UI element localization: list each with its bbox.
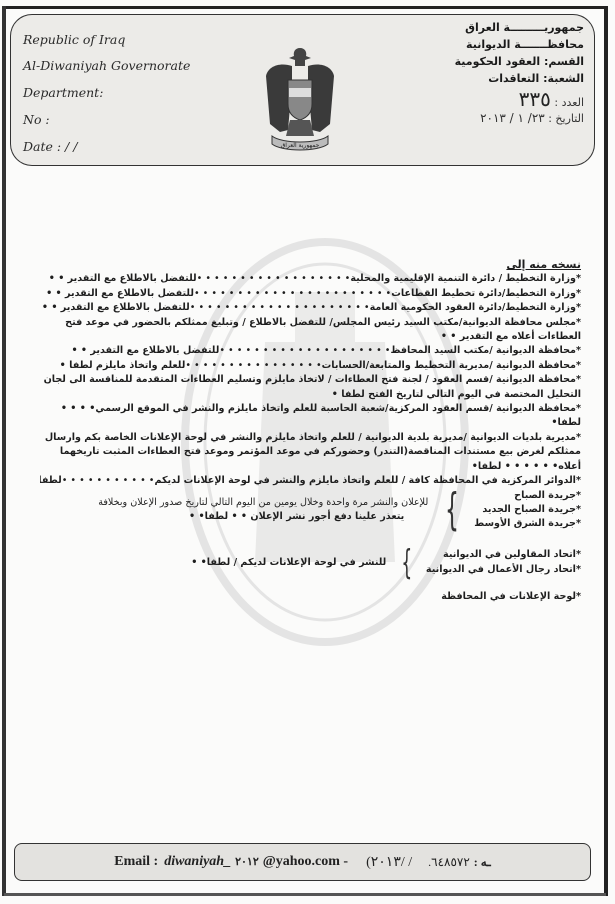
list-item: *لوحة الإعلانات في المحافظة xyxy=(40,590,581,604)
reference-number-value: ٣٣٥ xyxy=(519,87,551,111)
list-item: *محافظة الديوانية /قسم العقود / لجنة فتح… xyxy=(40,373,581,402)
page-border-left xyxy=(2,6,6,896)
list-item: *مديرية بلديات الديوانية /مديرية بلدية ا… xyxy=(40,431,581,474)
unions-group: *اتحاد المقاولين في الديوانية *اتحاد رجا… xyxy=(40,548,581,578)
phone-label: : ـه xyxy=(474,855,491,870)
document-page: Republic of Iraq Al-Diwaniyah Governorat… xyxy=(0,0,615,904)
section-ar: الشعبة: التعاقدات xyxy=(488,72,584,85)
newspaper-item: *جريدة الشرق الأوسط xyxy=(474,517,581,531)
issue-date-label: التاريخ : xyxy=(548,112,584,125)
unions-list: *اتحاد المقاولين في الديوانية *اتحاد رجا… xyxy=(426,548,581,577)
newspaper-item: *جريدة الصباح xyxy=(474,489,581,503)
governorate-name-en: Al-Diwaniyah Governorate xyxy=(23,58,190,73)
number-label-en: No : xyxy=(23,112,50,127)
brace-icon: } xyxy=(445,490,459,530)
page-border-right xyxy=(604,6,608,896)
list-item: *وزارة التخطيط / دائرة التنمية الإقليمية… xyxy=(40,272,581,286)
newspaper-item: *جريدة الصباح الجديد xyxy=(474,503,581,517)
email-address[interactable]: diwaniyah_٢٠١٢@yahoo.com - xyxy=(162,854,350,870)
list-item: *الدوائر المركزية في المحافظة كافة / للع… xyxy=(40,474,581,488)
email-label: Email : xyxy=(114,854,158,870)
page-border-bottom xyxy=(4,893,606,896)
union-item: *اتحاد المقاولين في الديوانية xyxy=(426,548,581,562)
header-english-block: Republic of Iraq Al-Diwaniyah Governorat… xyxy=(10,14,200,166)
country-name-en: Republic of Iraq xyxy=(23,32,125,47)
governorate-name-ar: محافظـــــــة الديوانية xyxy=(466,38,584,51)
list-item: *محافظة الديوانية /قسم العقود المركزية/ش… xyxy=(40,402,581,431)
list-item: *مجلس محافظة الديوانية/مكتب السيد رئيس ا… xyxy=(40,316,581,345)
newspapers-group: *جريدة الصباح *جريدة الصباح الجديد *جريد… xyxy=(40,489,581,532)
unions-note: للنشر في لوحة الإعلانات لديكم / لطفا• • xyxy=(191,556,386,570)
list-item: *وزارة التخطيط/دائرة تخطيط القطاعات• • •… xyxy=(40,287,581,301)
department-label-en: Department: xyxy=(23,85,103,100)
copies-to-heading: نسخه منه إلى xyxy=(40,258,581,272)
list-item: *محافظة الديوانية /مديرية التخطيط والمتا… xyxy=(40,359,581,373)
list-item: *وزارة التخطيط/دائرة العقود الحكومية الع… xyxy=(40,301,581,315)
reference-number-label: العدد : xyxy=(554,96,584,109)
distribution-list: نسخه منه إلى *وزارة التخطيط / دائرة التن… xyxy=(40,258,581,604)
brace-icon: } xyxy=(402,548,413,578)
country-name-ar: جمهوريـــــــــة العراق xyxy=(465,21,584,34)
list-item: *محافظة الديوانية /مكتب السيد المحافظ• •… xyxy=(40,344,581,358)
newspaper-list: *جريدة الصباح *جريدة الصباح الجديد *جريد… xyxy=(474,489,581,532)
reference-number-row: العدد : ٣٣٥ xyxy=(519,87,584,111)
footer-contact-bar: Email : diwaniyah_٢٠١٢@yahoo.com - (٢٠١٣… xyxy=(14,843,591,881)
iraq-eagle-emblem-icon: جمهورية العراق xyxy=(262,44,338,164)
newspapers-note: للإعلان والنشر مرة واحدة وخلال يومين من … xyxy=(98,496,428,525)
svg-text:جمهورية العراق: جمهورية العراق xyxy=(281,142,320,149)
footer-date-field: (٢٠١٣/ / xyxy=(366,854,412,871)
issue-date-value: ٢٣/ ١ / ٢٠١٣ xyxy=(480,111,545,125)
union-item: *اتحاد رجال الأعمال في الديوانية xyxy=(426,563,581,577)
issue-date-row: التاريخ : ٢٣/ ١ / ٢٠١٣ xyxy=(480,111,584,125)
header-arabic-block: جمهوريـــــــــة العراق محافظـــــــة ال… xyxy=(405,14,595,166)
phone-number: .٦٤٨٥٧٢ xyxy=(428,855,470,870)
department-ar: القسم: العقود الحكومية xyxy=(455,55,584,68)
page-border-top xyxy=(4,6,604,9)
date-label-en: Date : / / xyxy=(23,139,77,154)
